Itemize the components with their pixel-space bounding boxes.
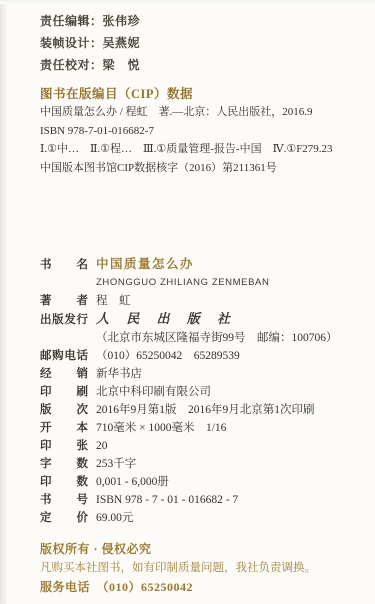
staff-proofreader: 责任校对：梁 悦 bbox=[40, 54, 357, 76]
author-name: 程 虹 bbox=[96, 292, 131, 310]
row-label: 著者 bbox=[40, 292, 88, 310]
book-title: 中国质量怎么办 bbox=[96, 255, 194, 273]
format-size: 710毫米 × 1000毫米 1/16 bbox=[96, 419, 226, 437]
row-label: 开本 bbox=[40, 419, 88, 437]
book-title-pinyin: ZHONGGUO ZHILIANG ZENMEBAN bbox=[96, 274, 269, 292]
colophon-row-printer: 印刷 北京中科印刷有限公司 bbox=[40, 383, 357, 401]
price: 69.00元 bbox=[96, 509, 133, 527]
row-label: 经销 bbox=[40, 365, 88, 383]
page-content: 责任编辑：张伟珍 装帧设计：吴燕妮 责任校对：梁 悦 图书在版编目（CIP）数据… bbox=[0, 0, 375, 597]
exchange-policy: 凡购买本社图书，如有印制质量问题，我社负责调换。 bbox=[40, 559, 357, 578]
printer: 北京中科印刷有限公司 bbox=[96, 383, 211, 401]
colophon-row-format: 开本 710毫米 × 1000毫米 1/16 bbox=[40, 419, 357, 437]
colophon-row-distributor: 经销 新华书店 bbox=[40, 365, 357, 383]
row-label: 字数 bbox=[40, 455, 88, 473]
colophon-row-pinyin: ZHONGGUO ZHILIANG ZENMEBAN bbox=[40, 274, 357, 292]
staff-designer: 装帧设计：吴燕妮 bbox=[40, 32, 357, 54]
word-count: 253千字 bbox=[96, 455, 136, 473]
colophon-row-isbn: 书号 ISBN 978 - 7 - 01 - 016682 - 7 bbox=[40, 491, 357, 509]
staff-editor: 责任编辑：张伟珍 bbox=[40, 10, 357, 32]
isbn-number: ISBN 978 - 7 - 01 - 016682 - 7 bbox=[96, 491, 238, 509]
colophon-row-price: 定价 69.00元 bbox=[40, 509, 357, 527]
colophon-row-author: 著者 程 虹 bbox=[40, 292, 357, 310]
print-run: 0,001 - 6,000册 bbox=[96, 473, 169, 491]
colophon-row-mail-order-phone: 邮购电话 （010）65250042 65289539 bbox=[40, 347, 357, 365]
edition-info: 2016年9月第1版 2016年9月北京第1次印刷 bbox=[96, 401, 315, 419]
cip-line-classification: Ⅰ.①中… Ⅱ.①程… Ⅲ.①质量管理-报告-中国 Ⅳ.①F279.23 bbox=[40, 140, 357, 159]
row-label: 书号 bbox=[40, 491, 88, 509]
colophon-row-publisher: 出版发行 人 民 出 版 社 bbox=[40, 310, 357, 329]
row-label: 印刷 bbox=[40, 383, 88, 401]
colophon-row-address: （北京市东城区隆福寺街99号 邮编：100706） bbox=[40, 329, 357, 347]
publisher-script-logo: 人 民 出 版 社 bbox=[96, 310, 237, 328]
row-label: 印张 bbox=[40, 437, 88, 455]
colophon-row-sheets: 印张 20 bbox=[40, 437, 357, 455]
cip-header: 图书在版编目（CIP）数据 bbox=[40, 85, 357, 103]
mail-order-phone: （010）65250042 65289539 bbox=[96, 347, 240, 365]
colophon-row-print-run: 印数 0,001 - 6,000册 bbox=[40, 473, 357, 491]
cip-line-title: 中国质量怎么办 / 程虹 著.—北京：人民出版社，2016.9 bbox=[40, 103, 357, 122]
service-phone: 服务电话 （010）65250042 bbox=[40, 578, 357, 597]
staff-credits: 责任编辑：张伟珍 装帧设计：吴燕妮 责任校对：梁 悦 bbox=[40, 10, 357, 76]
colophon-row-word-count: 字数 253千字 bbox=[40, 455, 357, 473]
colophon-row-title: 书名 中国质量怎么办 bbox=[40, 255, 357, 274]
copyright-notice: 版权所有 · 侵权必究 bbox=[40, 540, 357, 559]
cip-block: 图书在版编目（CIP）数据 中国质量怎么办 / 程虹 著.—北京：人民出版社，2… bbox=[40, 85, 357, 177]
cip-line-isbn: ISBN 978-7-01-016682-7 bbox=[40, 122, 357, 141]
colophon-block: 书名 中国质量怎么办 ZHONGGUO ZHILIANG ZENMEBAN 著者… bbox=[40, 255, 357, 527]
row-label: 版次 bbox=[40, 401, 88, 419]
row-label: 出版发行 bbox=[40, 311, 88, 329]
row-label: 定价 bbox=[40, 509, 88, 527]
book-copyright-page: 责任编辑：张伟珍 装帧设计：吴燕妮 责任校对：梁 悦 图书在版编目（CIP）数据… bbox=[0, 0, 375, 604]
row-label: 书名 bbox=[40, 256, 88, 274]
row-label: 邮购电话 bbox=[40, 347, 88, 365]
cip-line-record-number: 中国版本图书馆CIP数据核字（2016）第211361号 bbox=[40, 159, 357, 178]
row-label: 印数 bbox=[40, 473, 88, 491]
distributor: 新华书店 bbox=[96, 365, 142, 383]
colophon-row-edition: 版次 2016年9月第1版 2016年9月北京第1次印刷 bbox=[40, 401, 357, 419]
printed-sheets: 20 bbox=[96, 437, 108, 455]
copyright-footer: 版权所有 · 侵权必究 凡购买本社图书，如有印制质量问题，我社负责调换。 服务电… bbox=[40, 540, 357, 597]
publisher-address: （北京市东城区隆福寺街99号 邮编：100706） bbox=[96, 329, 338, 347]
